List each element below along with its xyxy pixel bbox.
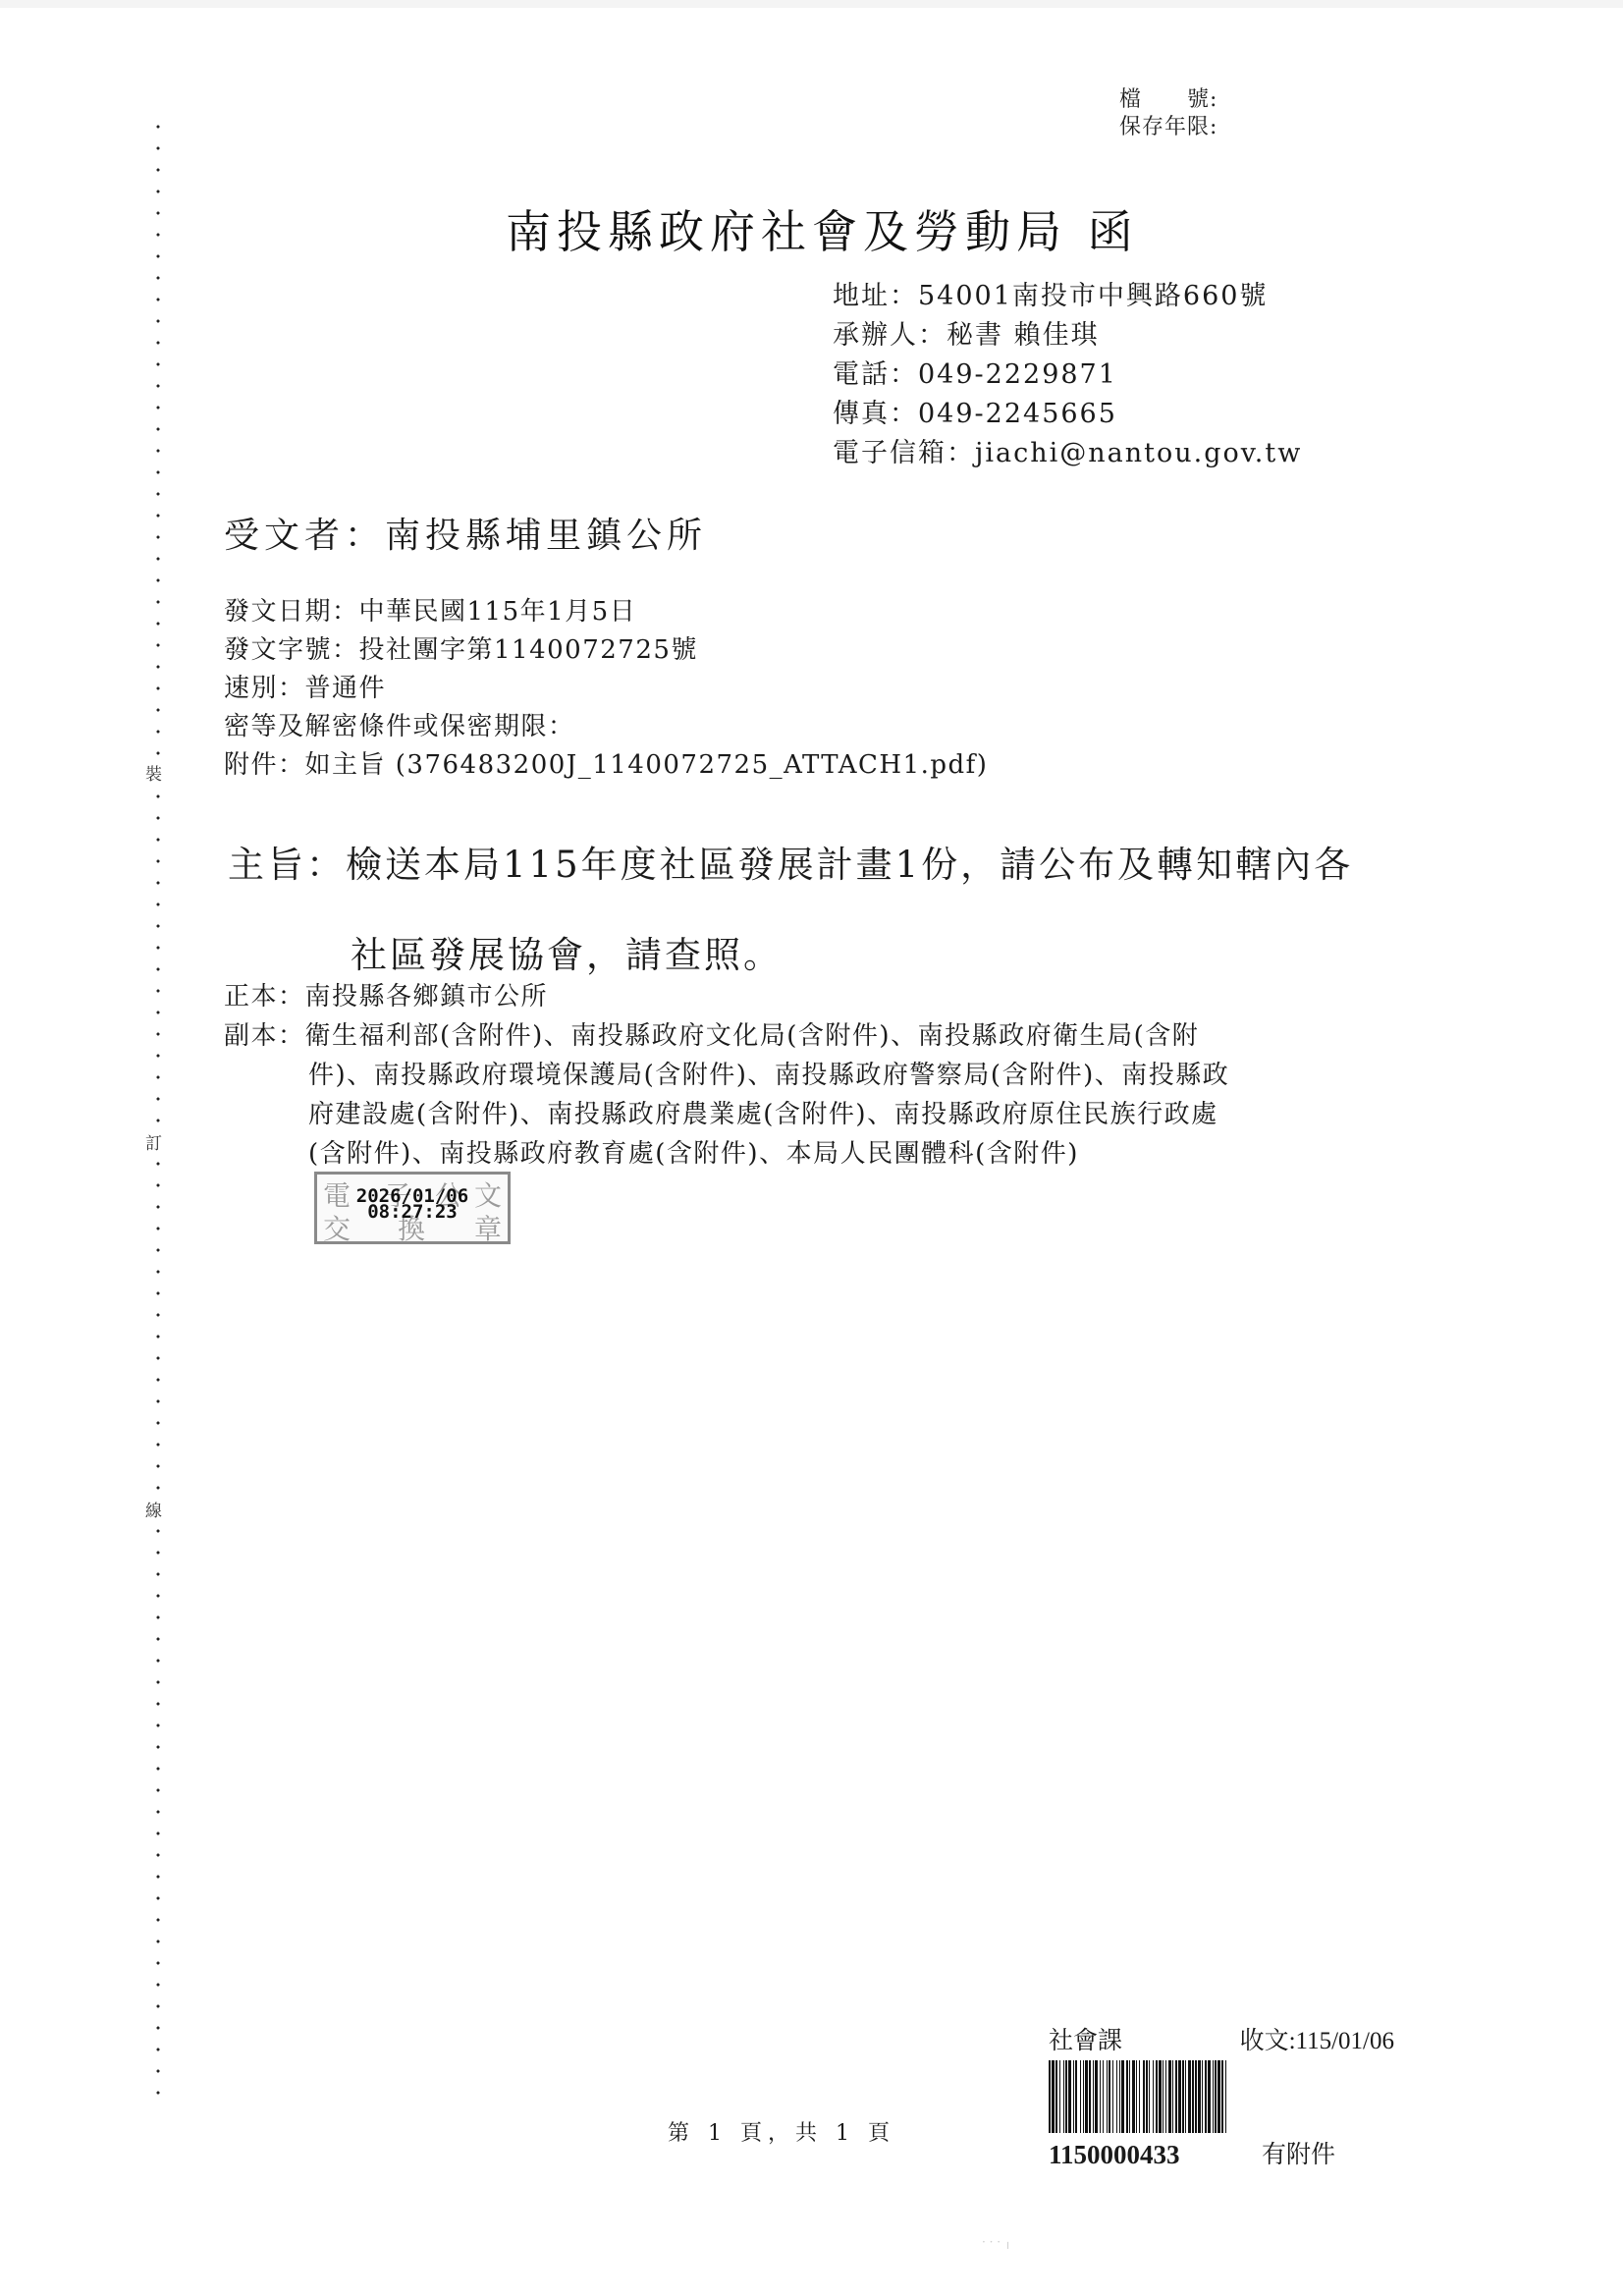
retention-label: 保存年限: (1119, 114, 1217, 141)
subject-line-1: 主旨：檢送本局115年度社區發展計畫1份，請公布及轉知轄內各 (228, 820, 1353, 910)
stamp-time: 08:27:23 (317, 1204, 508, 1221)
cc-line: 件)、南投縣政府環境保護局(含附件)、南投縣政府警察局(含附件)、南投縣政 (224, 1056, 1229, 1095)
binding-dotted-line (155, 116, 161, 2100)
scan-top-edge (0, 0, 1623, 8)
email: 電子信箱：jiachi@nantou.gov.tw (833, 434, 1302, 473)
file-number-label: 檔 號: (1119, 86, 1217, 114)
binding-label-ding: 訂 (145, 1127, 162, 1156)
recipient: 受文者：南投縣埔里鎮公所 (224, 508, 707, 558)
document-number: 發文字號：投社團字第1140072725號 (224, 631, 988, 670)
attachment: 附件：如主旨 (376483200J_1140072725_ATTACH1.pd… (224, 746, 988, 785)
file-meta: 檔 號: 保存年限: (1119, 86, 1217, 141)
document-title: 南投縣政府社會及勞動局 函 (506, 196, 1139, 261)
contact-block: 地址：54001南投市中興路660號 承辦人：秘書 賴佳琪 電話：049-222… (833, 277, 1302, 473)
receipt-barcode-block: 社會課 收文:115/01/06 1150000433 有附件 (1049, 2027, 1394, 2170)
receipt-number: 1150000433 (1049, 2140, 1180, 2170)
issue-date: 發文日期：中華民國115年1月5日 (224, 593, 988, 631)
address: 地址：54001南投市中興路660號 (833, 277, 1302, 316)
distribution: 正本：南投縣各鄉鎮市公所 副本：衛生福利部(含附件)、南投縣政府文化局(含附件)… (224, 977, 1229, 1174)
binding-label-zhuang: 裝 (145, 758, 162, 787)
received-date: 收文:115/01/06 (1240, 2027, 1394, 2056)
cc-line: 府建設處(含附件)、南投縣政府農業處(含附件)、南投縣政府原住民族行政處 (224, 1095, 1229, 1134)
barcode-bar (1226, 2060, 1227, 2133)
fax: 傳真：049-2245665 (833, 395, 1302, 434)
subject: 主旨：檢送本局115年度社區發展計畫1份，請公布及轉知轄內各 社區發展協會，請查… (228, 820, 1353, 1001)
binding-label-xian: 線 (145, 1495, 162, 1523)
attachment-note: 有附件 (1262, 2135, 1335, 2170)
receiving-department: 社會課 (1049, 2027, 1122, 2056)
electronic-exchange-stamp: 電 子 公 文 交 換 章 2026/01/06 08:27:23 (314, 1172, 511, 1244)
original-recipients: 正本：南投縣各鄉鎮市公所 (224, 977, 1229, 1016)
scan-artifact: · · · ╷ (982, 2235, 1011, 2249)
cc-line: 副本：衛生福利部(含附件)、南投縣政府文化局(含附件)、南投縣政府衛生局(含附 (224, 1016, 1229, 1056)
document-meta: 發文日期：中華民國115年1月5日 發文字號：投社團字第1140072725號 … (224, 593, 988, 785)
page-number: 第 1 頁，共 1 頁 (668, 2116, 895, 2147)
barcode (1049, 2060, 1394, 2133)
handler: 承辦人：秘書 賴佳琪 (833, 316, 1302, 355)
cc-line: (含附件)、南投縣政府教育處(含附件)、本局人民團體科(含附件) (224, 1134, 1229, 1174)
speed: 速別：普通件 (224, 670, 988, 708)
phone: 電話：049-2229871 (833, 355, 1302, 395)
confidentiality: 密等及解密條件或保密期限： (224, 708, 988, 746)
